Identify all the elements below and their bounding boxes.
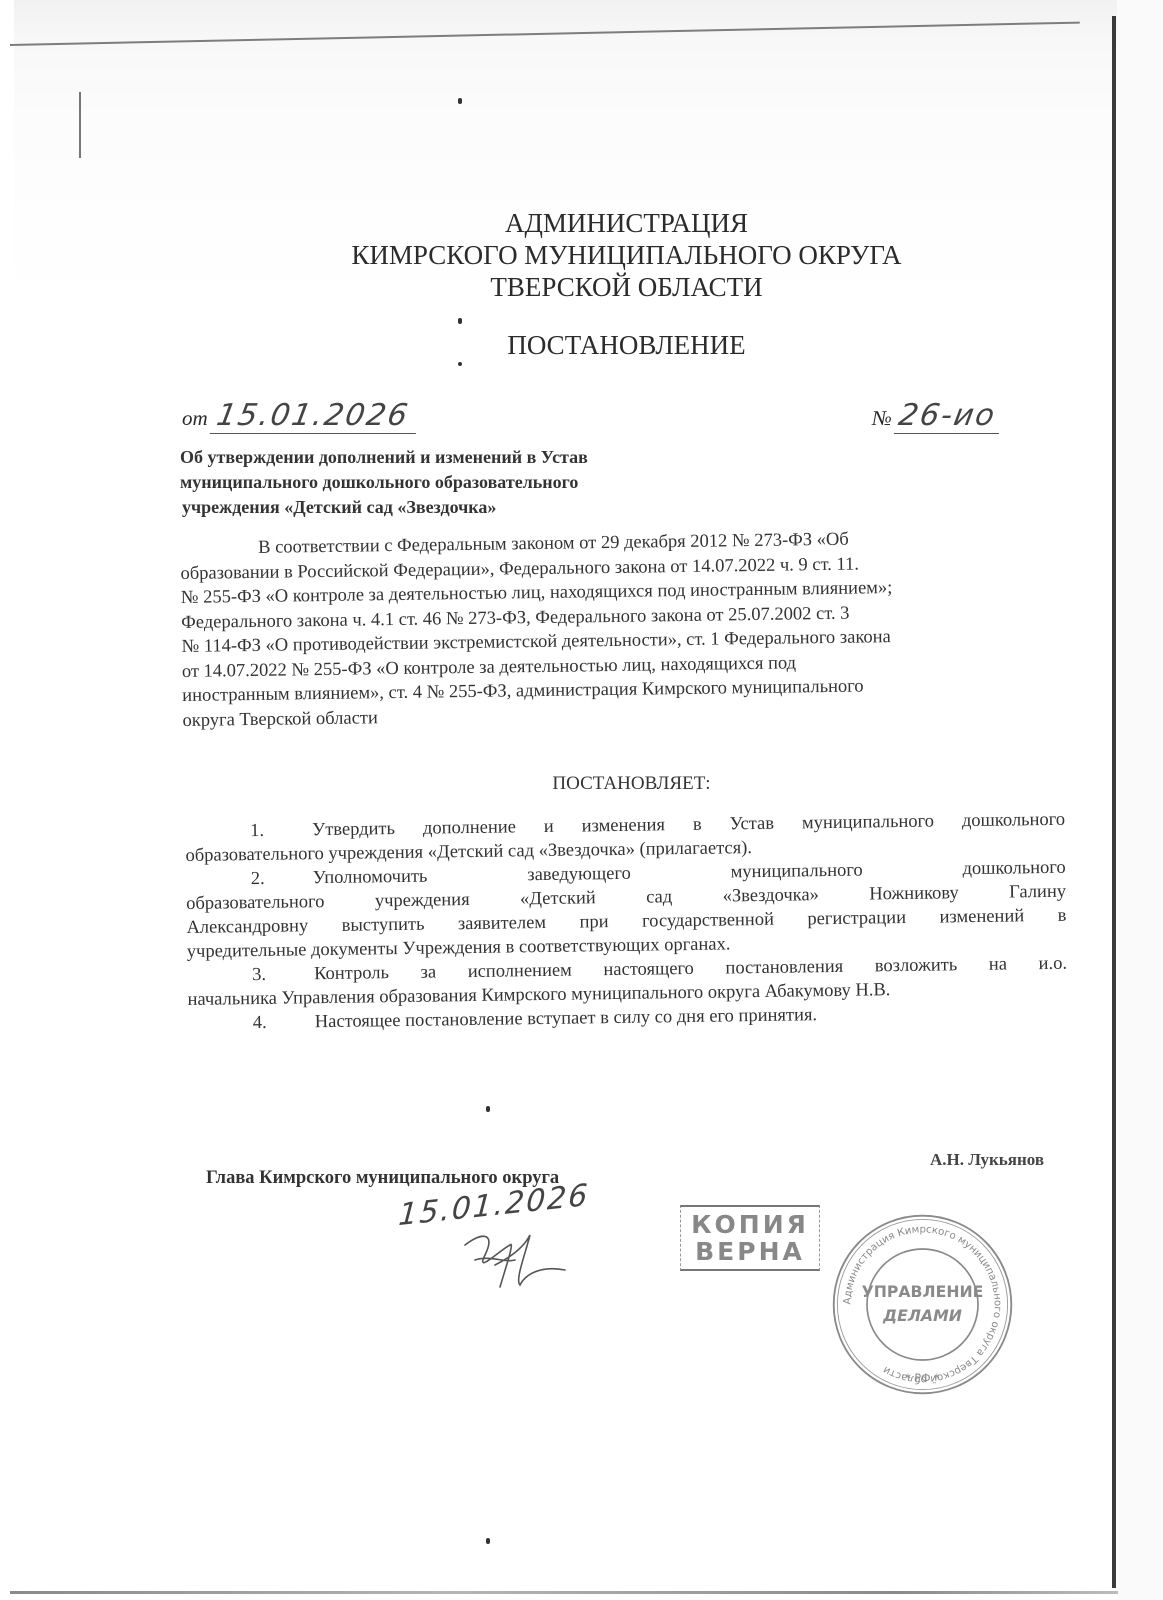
document-subject: Об утверждении дополнений и изменений в … [180,445,588,520]
subject-line: Об утверждении дополнений и изменений в … [180,445,588,470]
date-prefix: от [182,406,208,430]
date-handwritten: 15.01.2026 [210,398,422,434]
document-number: № 26-ио [872,398,1002,434]
item-number: 3. [187,962,314,988]
header-district: КИМРСКОГО МУНИЦИПАЛЬНОГО ОКРУГА [45,240,1163,271]
signature-icon [455,1225,575,1295]
svg-text:ДЕЛАМИ: ДЕЛАМИ [882,1306,962,1325]
scan-speck [486,1538,490,1544]
scan-speck [458,318,462,324]
decree-heading: ПОСТАНОВЛЯЕТ: [0,773,1163,795]
item-number: 2. [186,866,313,892]
svg-text:УПРАВЛЕНИЕ: УПРАВЛЕНИЕ [862,1282,984,1301]
subject-line: учреждения «Детский сад «Звездочка» [180,495,588,520]
scan-artifact-bar [79,92,81,158]
item-number: 4. [188,1010,315,1036]
number-handwritten: 26-ио [894,398,1005,434]
scan-speck [486,1106,490,1112]
scan-page-edge-bottom [10,1591,1118,1594]
number-prefix: № [872,406,892,430]
document-type-title: ПОСТАНОВЛЕНИЕ [45,330,1163,361]
header-region: ТВЕРСКОЙ ОБЛАСТИ [45,272,1163,303]
header-administration: АДМИНИСТРАЦИЯ [45,208,1163,239]
official-seal-icon: Администрация Кимрского муниципального о… [830,1212,1015,1397]
preamble-paragraph: В соответствии с Федеральным законом от … [180,525,1063,733]
signatory-name: А.Н. Лукьянов [930,1150,1044,1170]
decree-items: 1.Утвердить дополнение и изменения в Уст… [185,808,1068,1036]
copy-verified-stamp: КОПИЯ ВЕРНА [680,1205,820,1271]
svg-text:* РФ *: * РФ * [905,1372,940,1385]
document-date: от 15.01.2026 [182,398,419,434]
scan-speck [458,362,462,366]
item-number: 1. [185,818,312,844]
scan-speck [458,98,462,104]
subject-line: муниципального дошкольного образовательн… [180,470,588,495]
